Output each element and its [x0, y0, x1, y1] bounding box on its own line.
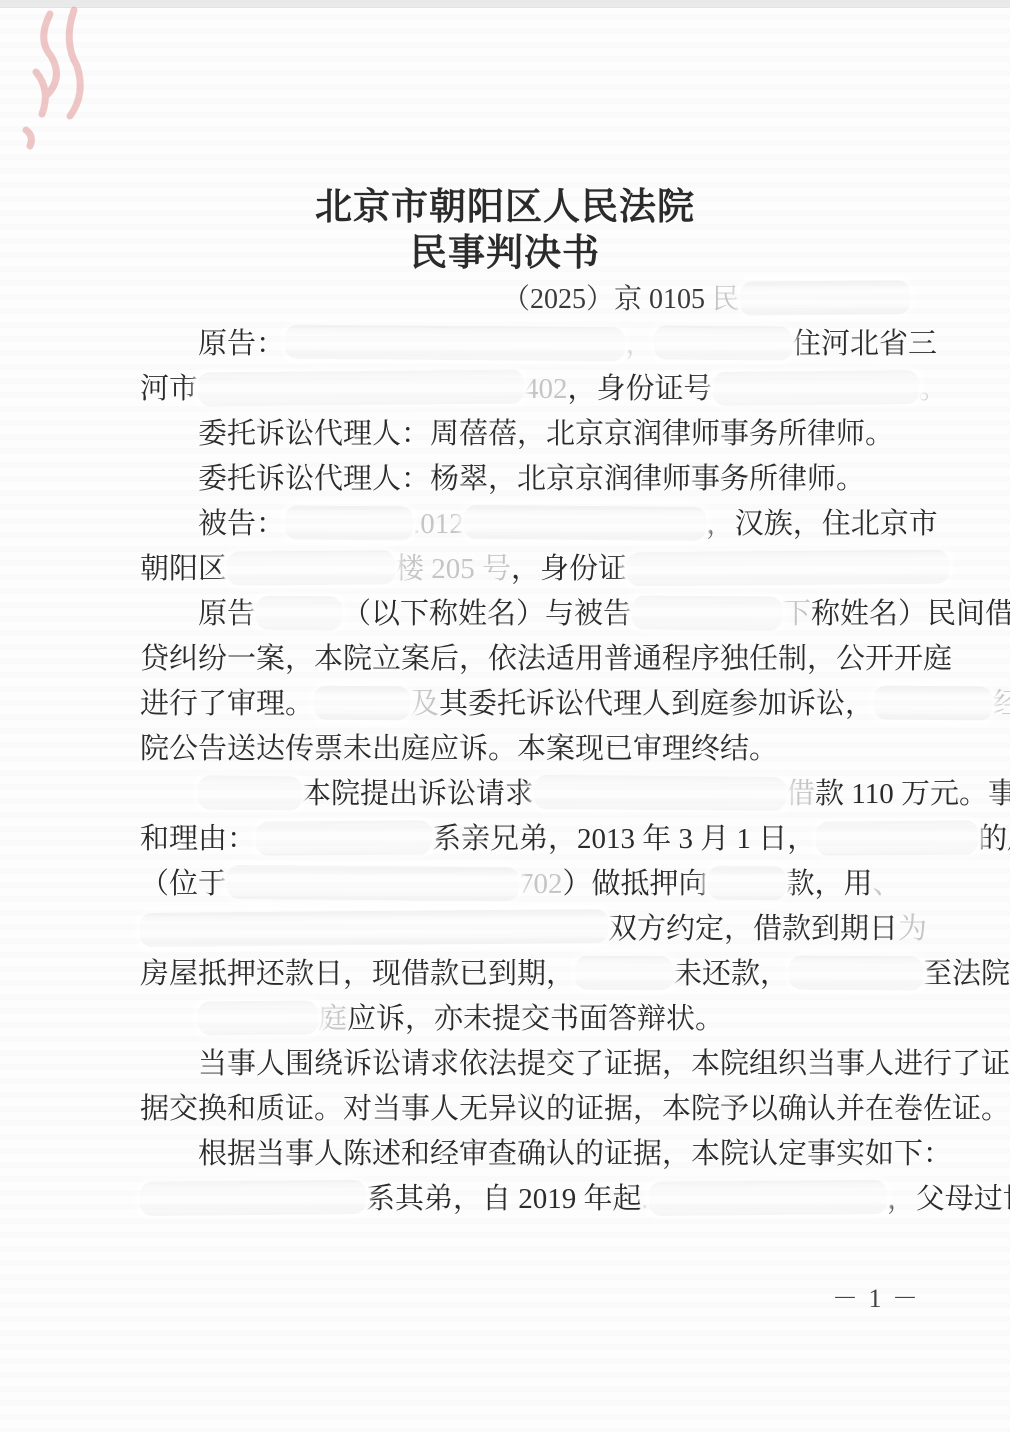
text-line: 委托诉讼代理人：周蓓蓓，北京京润律师事务所律师。: [140, 412, 990, 457]
text-line: 庭应诉，亦未提交书面答辩状。: [140, 997, 990, 1042]
faint-text: 民: [712, 284, 740, 315]
text-line: 委托诉讼代理人：杨翠，北京京润律师事务所律师。: [140, 457, 990, 502]
faint-text: 楼 205 号: [395, 553, 511, 585]
text-segment: 朝阳区: [140, 553, 227, 585]
text-line: 进行了审理。及其委托诉讼代理人到庭参加诉讼，经本: [140, 682, 990, 727]
text-segment: 原告: [198, 598, 256, 630]
text-line: 双方约定，借款到期日为: [140, 907, 990, 952]
faint-text: 。: [919, 373, 948, 405]
faint-text: ，: [625, 328, 654, 360]
text-segment: ，父母过世: [887, 1183, 1010, 1215]
text-segment: 称姓名）民间借: [811, 598, 1010, 630]
redaction-mark: [285, 325, 625, 362]
text-segment: 房屋抵押还款日，现借款已到期，: [140, 958, 575, 990]
text-segment: 委托诉讼代理人：周蓓蓓，北京京润律师事务所律师。: [198, 418, 894, 450]
text-segment: 款，用: [786, 868, 873, 900]
redaction-mark: [285, 505, 413, 540]
faint-text: .012: [413, 508, 464, 540]
redaction-mark: [534, 775, 786, 811]
redaction-mark: [649, 1180, 887, 1216]
text-segment: 进行了审理。: [140, 688, 314, 720]
redaction-mark: [198, 1000, 318, 1035]
text-segment: 系亲兄弟，2013 年 3 月 1 日，: [432, 823, 816, 855]
text-segment: 根据当事人陈述和经审查确认的证据，本院认定事实如下：: [198, 1138, 952, 1170]
text-segment: 当事人围绕诉讼请求依法提交了证据，本院组织当事人进行了证: [198, 1048, 1010, 1080]
redaction-mark: [816, 820, 978, 855]
redaction-mark: [227, 865, 519, 901]
redaction-mark: [256, 596, 342, 631]
redaction-mark: [874, 686, 992, 721]
text-segment: ，汉族，住北京市: [706, 508, 938, 540]
redaction-mark: [464, 505, 706, 541]
faint-text: 402: [524, 373, 568, 405]
text-segment: 其委托诉讼代理人到庭参加诉讼，: [439, 688, 874, 720]
faint-text: 借: [786, 778, 815, 810]
redaction-mark: [140, 909, 608, 947]
text-line: 院公告送达传票未出庭应诉。本案现已审理终结。: [140, 727, 990, 772]
text-segment: （2025）京 0105: [502, 284, 712, 315]
scan-top-edge: [0, 0, 1010, 8]
text-segment: ，身份证号: [568, 373, 713, 405]
text-segment: ）做抵押向: [563, 868, 708, 900]
text-line: 原告（以下称姓名）与被告下称姓名）民间借: [140, 592, 990, 637]
document-type: 民事判决书: [0, 222, 1010, 276]
text-segment: 河市: [140, 373, 198, 405]
redaction-mark: [632, 595, 782, 630]
text-line: 贷纠纷一案，本院立案后，依法适用普通程序独任制，公开开庭: [140, 637, 990, 682]
text-segment: 的房屋: [978, 823, 1010, 855]
text-segment: 住河北省三: [792, 328, 937, 360]
redaction-mark: [314, 686, 410, 721]
text-line: 朝阳区楼 205 号，身份证: [140, 547, 990, 592]
redaction-mark: [256, 820, 432, 856]
text-segment: 应诉，亦未提交书面答辩状。: [347, 1003, 724, 1035]
faint-text: 庭: [318, 1003, 347, 1035]
text-segment: 双方约定，借款到期日: [608, 913, 898, 945]
text-segment: （位于: [140, 868, 227, 900]
redaction-mark: [575, 956, 673, 991]
text-line: 当事人围绕诉讼请求依法提交了证据，本院组织当事人进行了证: [140, 1042, 990, 1087]
redaction-mark: [198, 776, 302, 811]
redaction-mark: [227, 550, 395, 585]
judgment-page: 北京市朝阳区人民法院 民事判决书 （2025）京 0105 民 原告：，住河北省…: [0, 0, 1010, 1432]
faint-text: 为: [898, 913, 927, 945]
text-segment: 未还款，: [673, 958, 789, 990]
redaction-mark: [712, 370, 918, 406]
text-segment: 和理由：: [140, 823, 256, 855]
text-line: 本院提出诉讼请求借款 110 万元。事实: [140, 772, 990, 817]
redaction-mark: [140, 1180, 366, 1216]
redaction-mark: [740, 280, 910, 315]
text-segment: 院公告送达传票未出庭应诉。本案现已审理终结。: [140, 733, 778, 765]
text-segment: 被告：: [198, 508, 285, 540]
redaction-mark: [198, 370, 524, 407]
judgment-body: 原告：，住河北省三河市402，身份证号。委托诉讼代理人：周蓓蓓，北京京润律师事务…: [140, 322, 990, 1222]
text-segment: 系其弟，自 2019 年起: [366, 1183, 642, 1215]
text-segment: 原告：: [198, 328, 285, 360]
faint-text: 下: [782, 598, 811, 630]
text-line: 河市402，身份证号。: [140, 367, 990, 412]
text-line: 房屋抵押还款日，现借款已到期，未还款，至法院。: [140, 952, 990, 997]
faint-text: 702: [519, 868, 563, 900]
text-segment: 据交换和质证。对当事人无异议的证据，本院予以确认并在卷佐证。: [140, 1093, 1010, 1125]
text-segment: 本院提出诉讼请求: [302, 778, 534, 810]
faint-text: 及: [410, 688, 439, 720]
red-scribble-marks: [12, 2, 132, 162]
text-line: 系其弟，自 2019 年起.，父母过世: [140, 1177, 990, 1222]
page-number: － 1 －: [832, 1278, 920, 1315]
text-line: 被告：.012，汉族，住北京市: [140, 502, 990, 547]
text-segment: ，身份证: [511, 553, 627, 585]
redaction-mark: [654, 325, 792, 360]
text-segment: 款 110 万元。事实: [815, 778, 1010, 810]
text-line: 和理由：系亲兄弟，2013 年 3 月 1 日，的房屋: [140, 817, 990, 862]
text-segment: （以下称姓名）与被告: [342, 598, 632, 630]
case-number: （2025）京 0105 民: [502, 277, 910, 317]
redaction-mark: [789, 955, 923, 990]
text-line: 根据当事人陈述和经审查确认的证据，本院认定事实如下：: [140, 1132, 990, 1177]
text-segment: 至法院。: [923, 958, 1010, 990]
faint-text: 经: [992, 688, 1010, 720]
redaction-mark: [627, 550, 949, 587]
text-line: （位于702）做抵押向款，用、: [140, 862, 990, 907]
text-line: 原告：，住河北省三: [140, 322, 990, 367]
text-segment: 贷纠纷一案，本院立案后，依法适用普通程序独任制，公开开庭: [140, 643, 952, 675]
text-segment: 委托诉讼代理人：杨翠，北京京润律师事务所律师。: [198, 463, 865, 495]
text-line: 据交换和质证。对当事人无异议的证据，本院予以确认并在卷佐证。: [140, 1087, 990, 1132]
faint-text: 、: [873, 868, 902, 900]
redaction-mark: [707, 866, 785, 901]
faint-text: .: [642, 1183, 649, 1215]
